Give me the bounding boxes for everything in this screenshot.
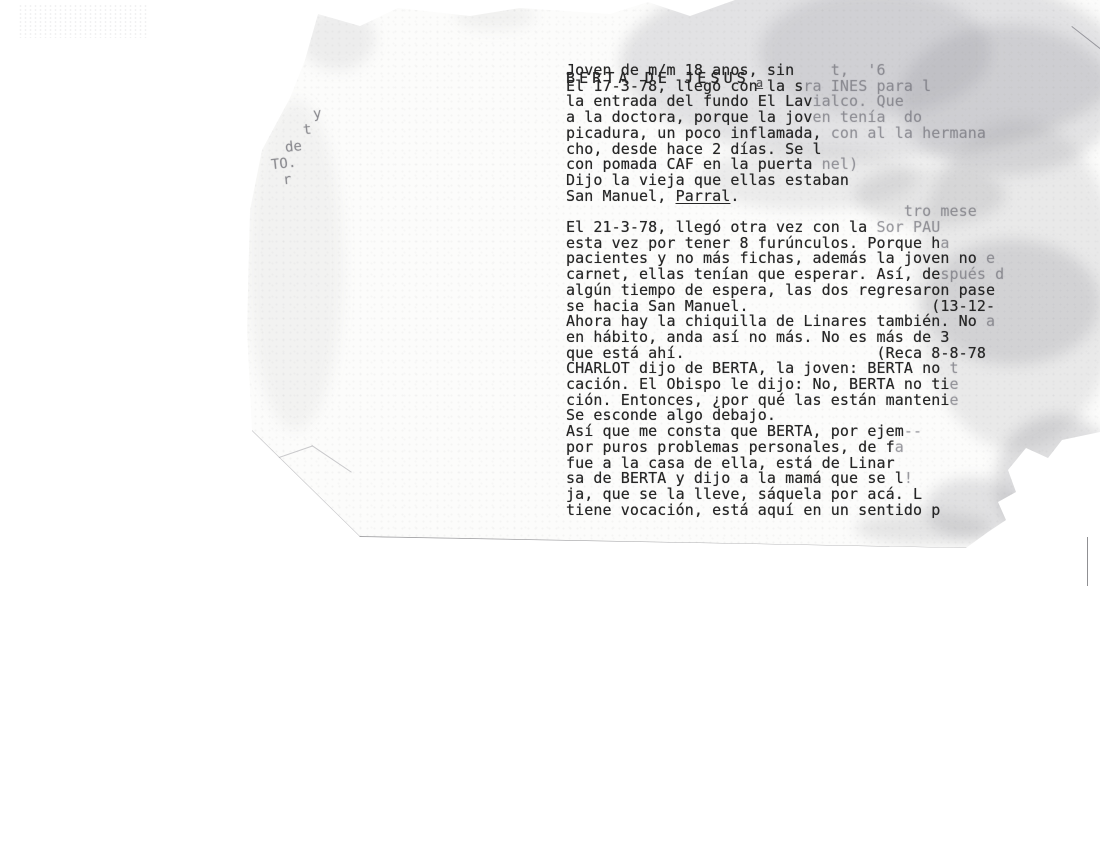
faded-text-fragment: e	[950, 391, 959, 409]
marginalia-fragment: r	[282, 172, 292, 189]
marginalia-fragment: y	[312, 106, 322, 123]
typewritten-text-block: BERTA DE JESUSa Joven de m/m 18 anos, si…	[566, 31, 757, 144]
fold-crease-line	[311, 445, 351, 473]
marginalia-fragment: de	[284, 138, 302, 156]
marginalia-fragment: TO.	[270, 155, 297, 174]
text-segment: tiene vocación, está aquí en un sentido …	[566, 501, 940, 519]
fold-crease-line	[251, 430, 359, 537]
stain-blob	[455, 2, 535, 30]
fold-crease-line	[247, 446, 313, 469]
faded-text-fragment: a	[977, 312, 995, 330]
scan-noise-speckle	[18, 4, 148, 38]
paper-bottom-edge-shadow	[700, 545, 960, 550]
faded-text-fragment: con al la hermana	[822, 124, 986, 142]
scanned-page-background: { "page": { "background_color": "#ffffff…	[0, 0, 1100, 850]
stain-blob	[300, 8, 375, 70]
text-line: tiene vocación, está aquí en un sentido …	[566, 503, 1004, 519]
faded-text-fragment: a	[895, 438, 904, 456]
text-lines: Joven de m/m 18 anos, sin t, '6El 17-3-7…	[566, 63, 1004, 518]
faded-text-fragment: --	[904, 422, 922, 440]
marginalia-fragment: t	[302, 122, 312, 139]
scanner-edge-mark	[1087, 537, 1088, 586]
scanned-paper: ytdeTO.r BERTA DE JESUSa Joven de m/m 18…	[0, 0, 1100, 850]
